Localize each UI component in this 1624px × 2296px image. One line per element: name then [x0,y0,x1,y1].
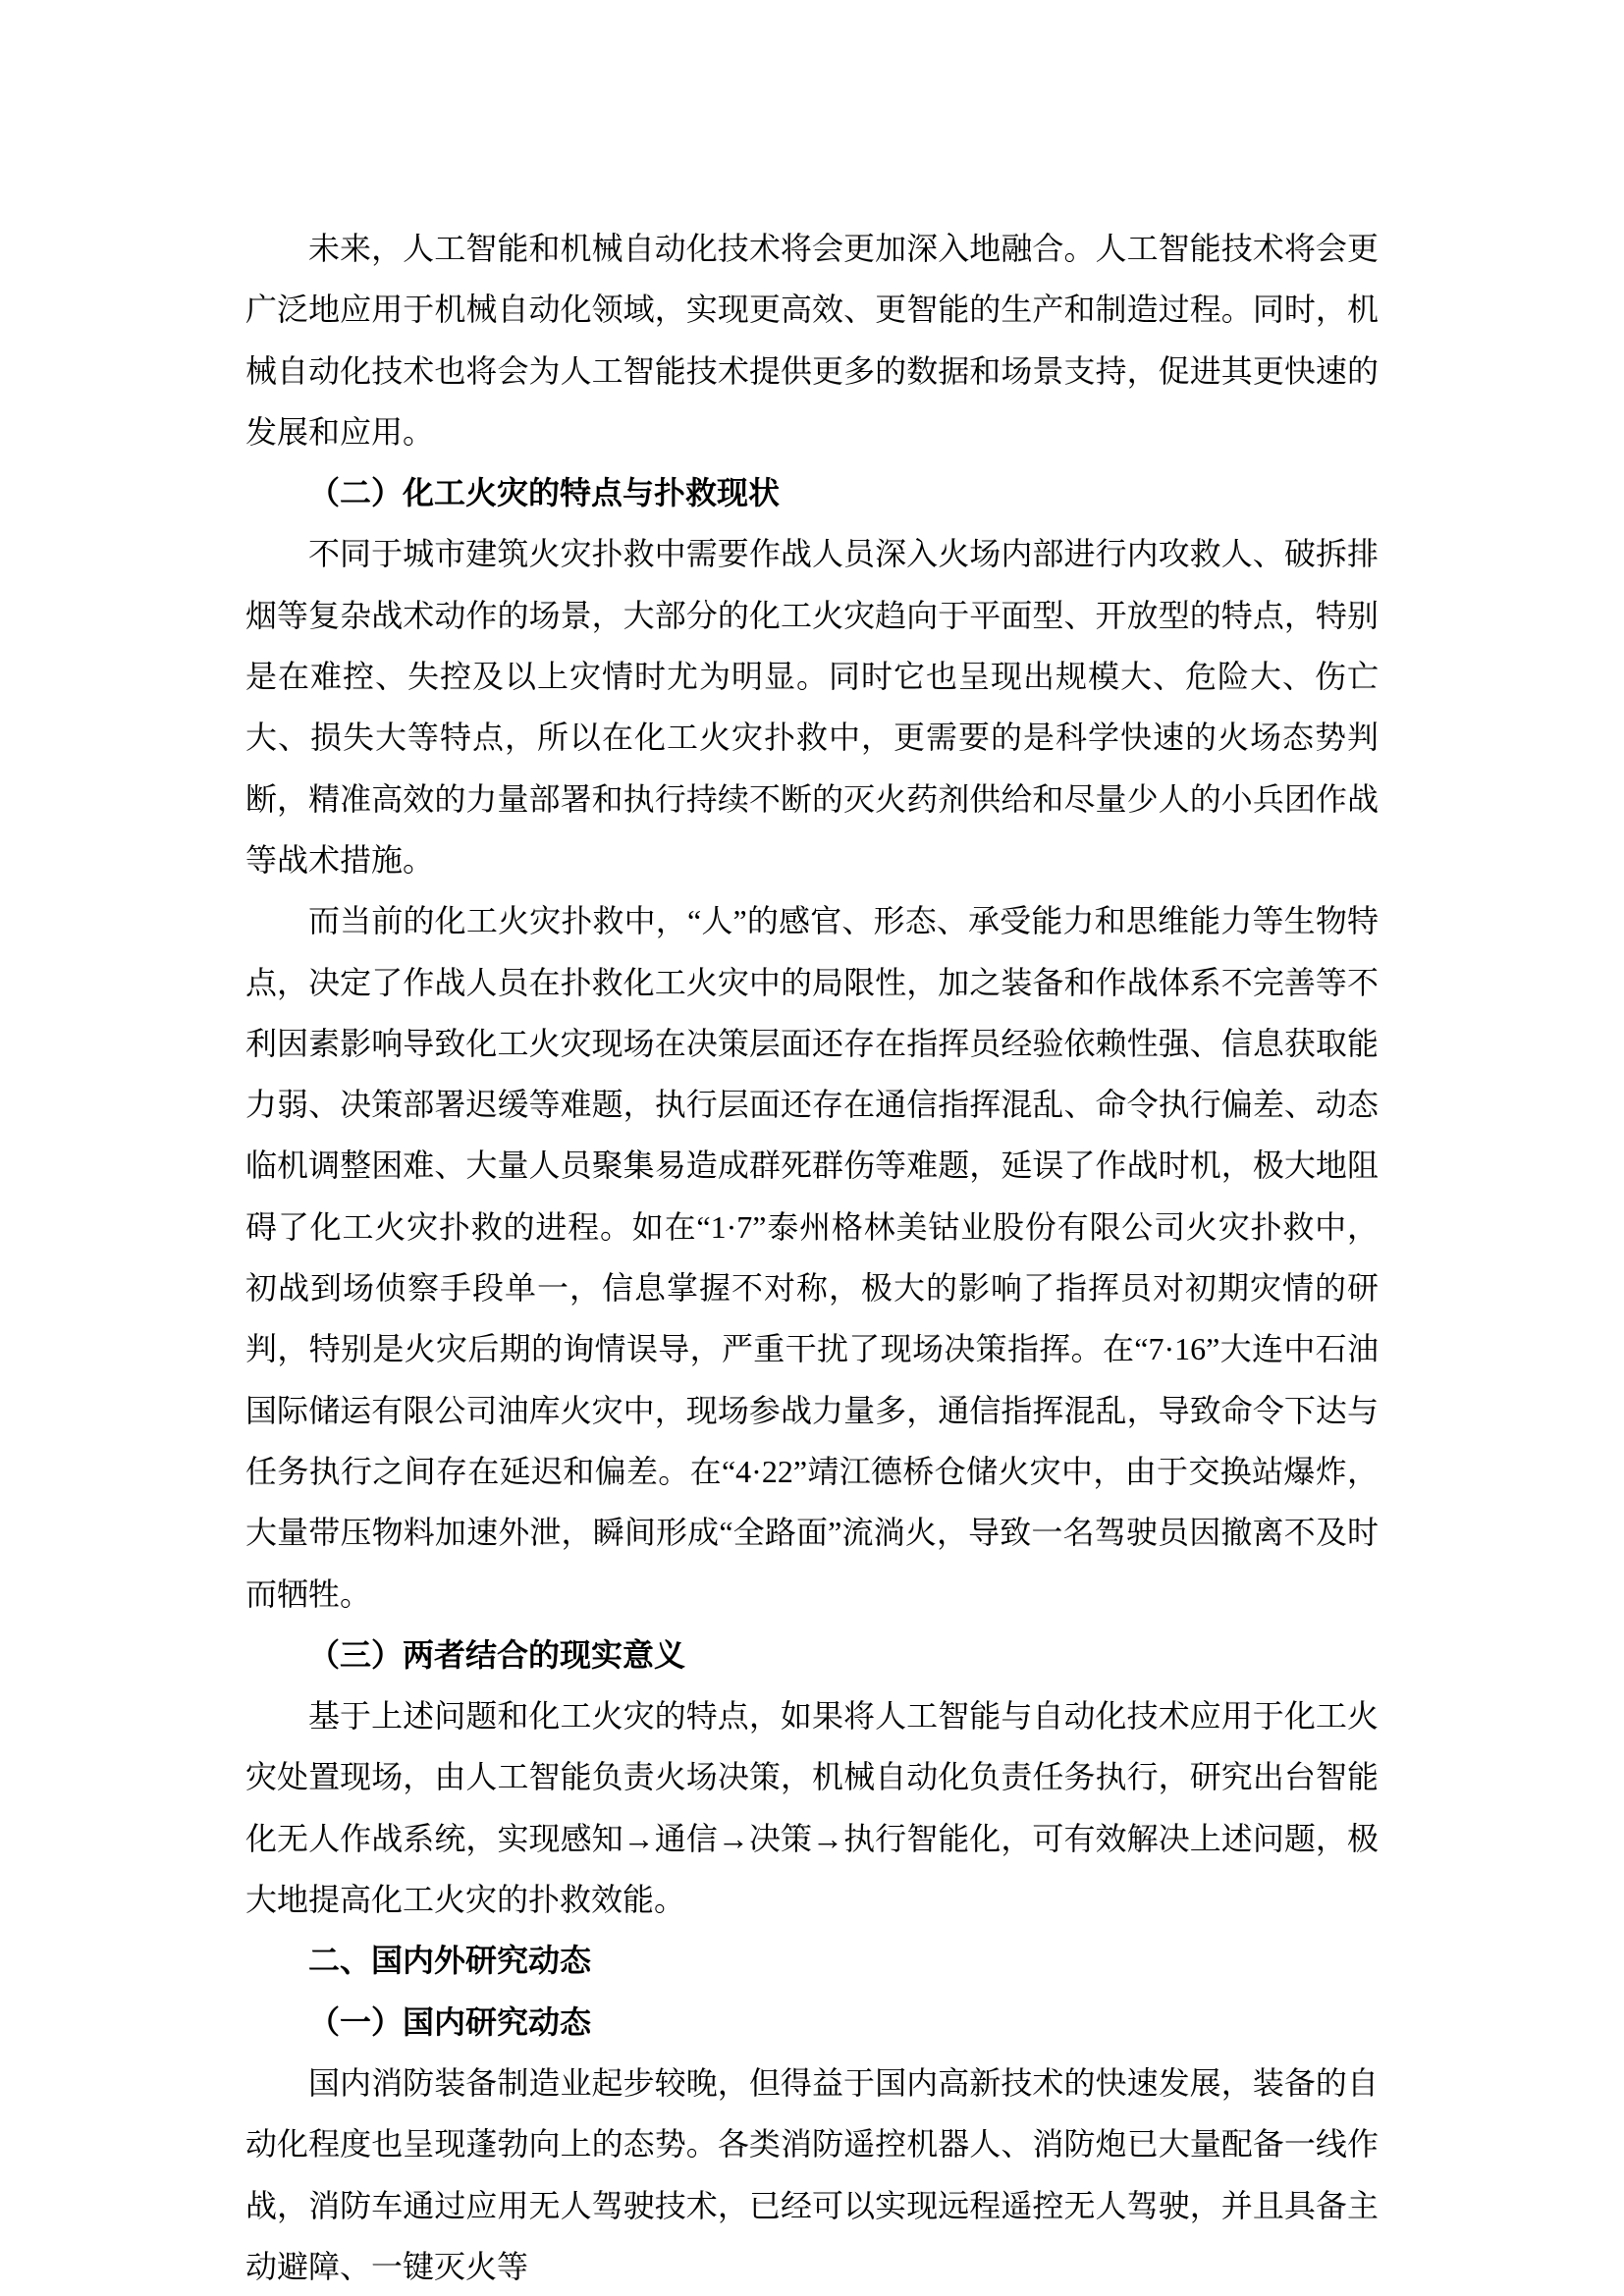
heading-section-3-significance: （三）两者结合的现实意义 [245,1625,1379,1685]
para-practical-significance: 基于上述问题和化工火灾的特点，如果将人工智能与自动化技术应用于化工火灾处置现场，… [245,1685,1379,1930]
para-domestic-equipment-development: 国内消防装备制造业起步较晚，但得益于国内高新技术的快速发展，装备的自动化程度也呈… [245,2053,1379,2296]
document-page: 未来，人工智能和机械自动化技术将会更加深入地融合。人工智能技术将会更广泛地应用于… [0,0,1624,2296]
document-content: 未来，人工智能和机械自动化技术将会更加深入地融合。人工智能技术将会更广泛地应用于… [245,218,1379,2296]
heading-section-2-chemical-fire: （二）化工火灾的特点与扑救现状 [245,462,1379,523]
para-current-limitations-and-cases: 而当前的化工火灾扑救中，“人”的感官、形态、承受能力和思维能力等生物特点，决定了… [245,890,1379,1625]
heading-chapter-2-research-trends: 二、国内外研究动态 [245,1930,1379,1991]
para-ai-automation-future: 未来，人工智能和机械自动化技术将会更加深入地融合。人工智能技术将会更广泛地应用于… [245,218,1379,462]
heading-section-1-domestic-research: （一）国内研究动态 [245,1992,1379,2053]
para-chemical-fire-characteristics: 不同于城市建筑火灾扑救中需要作战人员深入火场内部进行内攻救人、破拆排烟等复杂战术… [245,523,1379,890]
